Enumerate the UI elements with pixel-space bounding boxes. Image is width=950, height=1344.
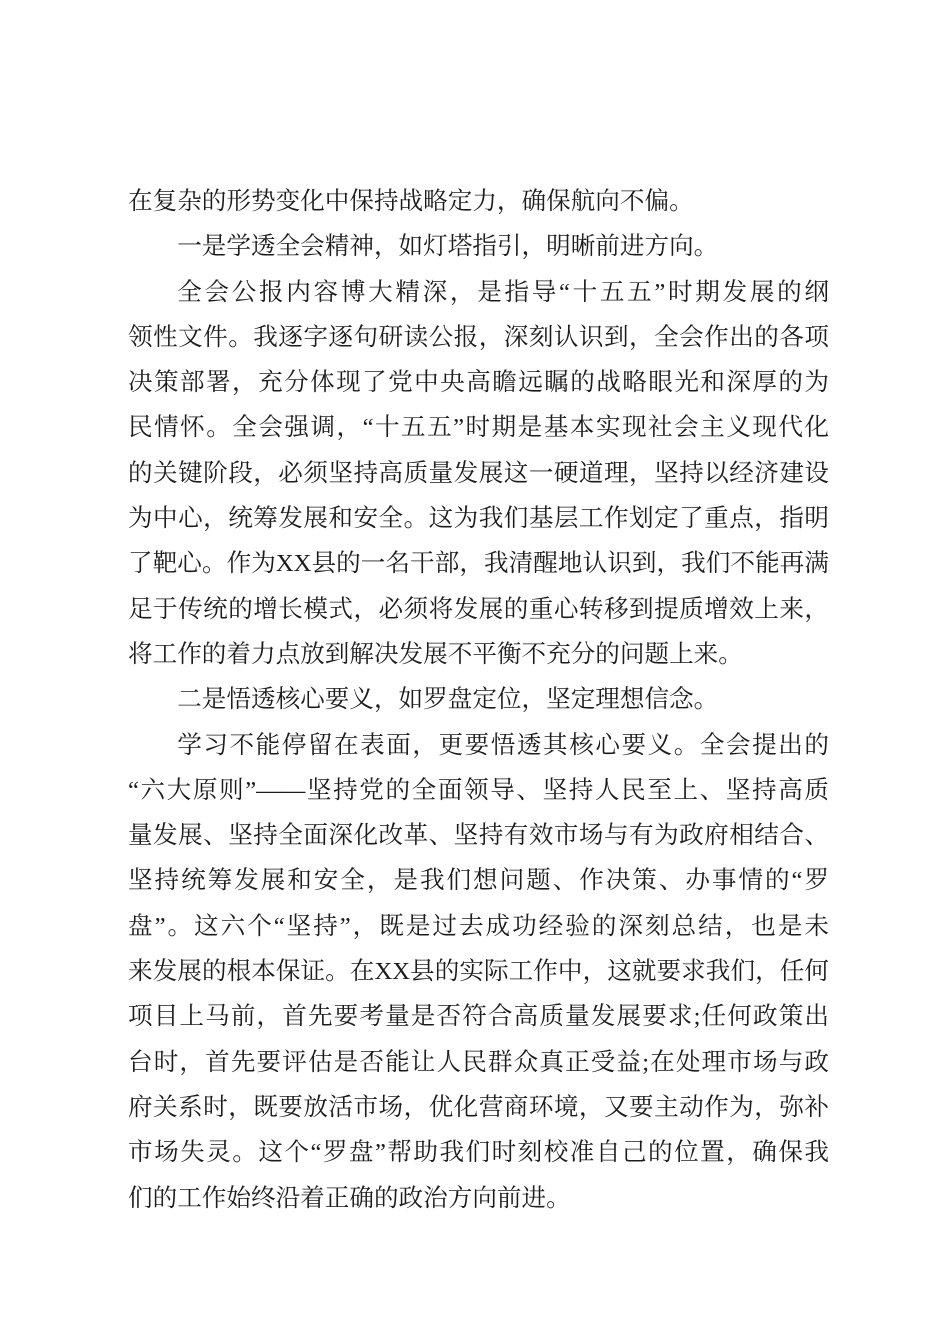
paragraph: 一是学透全会精神，如灯塔指引，明晰前进方向。 <box>128 224 829 269</box>
text-line: 在复杂的形势变化中保持战略定力，确保航向不偏。 <box>128 179 829 224</box>
text-line: 一是学透全会精神，如灯塔指引，明晰前进方向。 <box>128 224 829 269</box>
text-line: “六大原则”——坚持党的全面领导、坚持人民至上、坚持高质 <box>128 768 829 813</box>
paragraph: 在复杂的形势变化中保持战略定力，确保航向不偏。 <box>128 179 829 224</box>
text-line: 全会公报内容博大精深，是指导“十五五”时期发展的纲 <box>128 270 829 315</box>
text-line: 为中心，统筹发展和安全。这为我们基层工作划定了重点，指明 <box>128 496 829 541</box>
text-line: 台时，首先要评估是否能让人民群众真正受益;在处理市场与政 <box>128 1040 829 1085</box>
document-page: 在复杂的形势变化中保持战略定力，确保航向不偏。一是学透全会精神，如灯塔指引，明晰… <box>0 0 950 1344</box>
text-line: 学习不能停留在表面，更要悟透其核心要义。全会提出的 <box>128 723 829 768</box>
text-line: 民情怀。全会强调，“十五五”时期是基本实现社会主义现代化 <box>128 405 829 450</box>
text-line: 足于传统的增长模式，必须将发展的重心转移到提质增效上来， <box>128 587 829 632</box>
paragraph: 学习不能停留在表面，更要悟透其核心要义。全会提出的“六大原则”——坚持党的全面领… <box>128 723 829 1221</box>
text-line: 项目上马前，首先要考量是否符合高质量发展要求;任何政策出 <box>128 994 829 1039</box>
text-line: 领性文件。我逐字逐句研读公报，深刻认识到，全会作出的各项 <box>128 315 829 360</box>
text-line: 市场失灵。这个“罗盘”帮助我们时刻校准自己的位置，确保我 <box>128 1130 829 1175</box>
text-line: 来发展的根本保证。在XX县的实际工作中，这就要求我们，任何 <box>128 949 829 994</box>
text-line: 们的工作始终沿着正确的政治方向前进。 <box>128 1176 829 1221</box>
text-line: 量发展、坚持全面深化改革、坚持有效市场与有为政府相结合、 <box>128 813 829 858</box>
paragraph: 二是悟透核心要义，如罗盘定位，坚定理想信念。 <box>128 677 829 722</box>
document-text-block: 在复杂的形势变化中保持战略定力，确保航向不偏。一是学透全会精神，如灯塔指引，明晰… <box>128 179 829 1221</box>
text-line: 决策部署，充分体现了党中央高瞻远瞩的战略眼光和深厚的为 <box>128 360 829 405</box>
text-line: 了靶心。作为XX县的一名干部，我清醒地认识到，我们不能再满 <box>128 541 829 586</box>
text-line: 盘”。这六个“坚持”，既是过去成功经验的深刻总结，也是未 <box>128 904 829 949</box>
text-line: 将工作的着力点放到解决发展不平衡不充分的问题上来。 <box>128 632 829 677</box>
text-line: 二是悟透核心要义，如罗盘定位，坚定理想信念。 <box>128 677 829 722</box>
text-line: 坚持统筹发展和安全，是我们想问题、作决策、办事情的“罗 <box>128 858 829 903</box>
text-line: 的关键阶段，必须坚持高质量发展这一硬道理，坚持以经济建设 <box>128 451 829 496</box>
text-line: 府关系时，既要放活市场，优化营商环境，又要主动作为，弥补 <box>128 1085 829 1130</box>
paragraph: 全会公报内容博大精深，是指导“十五五”时期发展的纲领性文件。我逐字逐句研读公报，… <box>128 270 829 678</box>
